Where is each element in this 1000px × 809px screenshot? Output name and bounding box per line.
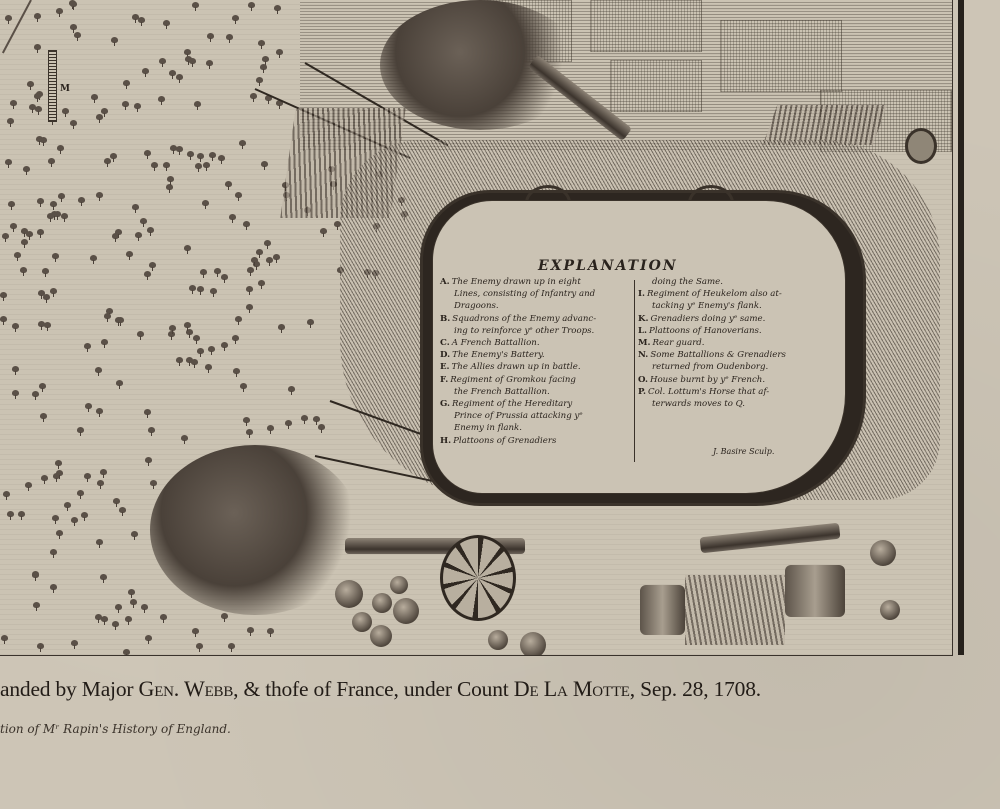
tree-symbol: [260, 64, 267, 73]
tree-symbol: [235, 316, 242, 325]
tree-symbol: [85, 403, 92, 412]
legend-text: Plattoons of Grenadiers: [453, 436, 556, 446]
legend-left-column: A.The Enemy drawn up in eightLines, cons…: [440, 276, 632, 447]
tree-symbol: [81, 512, 88, 521]
legend-text: Regiment of Gromkou facing: [450, 375, 576, 385]
legend-key: E.: [440, 362, 450, 372]
tree-symbol: [134, 103, 141, 112]
legend-text: The Allies drawn up in battle.: [452, 362, 581, 372]
tree-symbol: [169, 325, 176, 334]
legend-key: D.: [440, 350, 450, 360]
cannon-wheel: [440, 535, 516, 621]
tree-symbol: [96, 539, 103, 548]
tree-symbol: [145, 635, 152, 644]
tree-symbol: [5, 15, 12, 24]
tree-symbol: [176, 357, 183, 366]
tree-symbol: [0, 292, 7, 301]
tree-symbol: [35, 106, 42, 115]
legend-text-continued: ing to reinforce yᵉ other Troops.: [440, 325, 632, 337]
captured-flag: [763, 105, 888, 145]
tree-symbol: [100, 469, 107, 478]
legend-text-continued: Lines, consisting of Infantry and: [440, 288, 632, 300]
tree-symbol: [214, 268, 221, 277]
tree-symbol: [202, 200, 209, 209]
tree-symbol: [181, 435, 188, 444]
tree-symbol: [91, 94, 98, 103]
tree-symbol: [104, 313, 111, 322]
tree-symbol: [267, 425, 274, 434]
legend-key: A.: [440, 277, 450, 287]
cannon-smoke-bottom: [150, 445, 360, 615]
legend-key: C.: [440, 338, 450, 348]
legend-key: B.: [440, 314, 450, 324]
tree-symbol: [115, 229, 122, 238]
tree-symbol: [23, 166, 30, 175]
cannonball: [335, 580, 363, 608]
tree-symbol: [207, 33, 214, 42]
tree-symbol: [200, 269, 207, 278]
tree-symbol: [192, 628, 199, 637]
tree-symbol: [131, 531, 138, 540]
tree-symbol: [48, 158, 55, 167]
legend-entry: I.Regiment of Heukelom also at-: [638, 288, 828, 300]
legend-entry: F.Regiment of Gromkou facing: [440, 374, 632, 386]
scale-bar: [48, 50, 57, 122]
legend-right-column: doing the Same.I.Regiment of Heukelom al…: [638, 276, 828, 410]
tree-symbol: [195, 163, 202, 172]
tree-symbol: [50, 549, 57, 558]
caption-text: , & thofe of France, under Count: [233, 677, 514, 701]
engraved-map-plate: M EXPLANATION A.The Enemy drawn up in ei…: [0, 0, 953, 656]
tree-symbol: [169, 70, 176, 79]
tree-symbol: [203, 162, 210, 171]
legend-text: Plattoons of Hanoverians.: [649, 326, 762, 336]
legend-key: H.: [440, 436, 451, 446]
tree-symbol: [123, 649, 130, 656]
legend-text-continued: terwards moves to Q.: [638, 398, 828, 410]
tree-symbol: [21, 228, 28, 237]
tree-symbol: [163, 162, 170, 171]
legend-entry: A.The Enemy drawn up in eight: [440, 276, 632, 288]
legend-text: Grenadiers doing yᵉ same.: [650, 314, 765, 324]
tree-symbol: [40, 413, 47, 422]
tree-symbol: [246, 286, 253, 295]
tree-symbol: [52, 515, 59, 524]
legend-text: doing the Same.: [652, 277, 723, 287]
tree-symbol: [218, 155, 225, 164]
tree-symbol: [261, 161, 268, 170]
tree-symbol: [278, 324, 285, 333]
tree-symbol: [112, 621, 119, 630]
tree-symbol: [101, 616, 108, 625]
tree-symbol: [313, 416, 320, 425]
tree-symbol: [27, 81, 34, 90]
legend-entry: P.Col. Lottum's Horse that af-: [638, 386, 828, 398]
explanation-title: EXPLANATION: [538, 258, 678, 274]
legend-entry: N.Some Battallions & Grenadiers: [638, 349, 828, 361]
legend-text-continued: Enemy in flank.: [440, 422, 632, 434]
tree-symbol: [221, 613, 228, 622]
tree-symbol: [187, 151, 194, 160]
tree-symbol: [307, 319, 314, 328]
tree-symbol: [251, 257, 258, 266]
legend-entry: doing the Same.: [638, 276, 828, 288]
tree-symbol: [1, 635, 8, 644]
tree-symbol: [130, 599, 137, 608]
tree-symbol: [14, 252, 21, 261]
tree-symbol: [70, 1, 77, 10]
tree-symbol: [264, 240, 271, 249]
tree-symbol: [248, 2, 255, 11]
tree-symbol: [141, 604, 148, 613]
tree-symbol: [34, 44, 41, 53]
tree-symbol: [96, 192, 103, 201]
tree-symbol: [186, 357, 193, 366]
tree-symbol: [3, 491, 10, 500]
tree-symbol: [12, 390, 19, 399]
tree-symbol: [37, 229, 44, 238]
legend-text: Some Battallions & Grenadiers: [650, 350, 786, 360]
tree-symbol: [235, 192, 242, 201]
tree-symbol: [56, 470, 63, 479]
tree-symbol: [77, 427, 84, 436]
tree-symbol: [56, 530, 63, 539]
tree-symbol: [176, 146, 183, 155]
column-divider: [634, 280, 635, 462]
tree-symbol: [7, 118, 14, 127]
legend-entry: K.Grenadiers doing yᵉ same.: [638, 313, 828, 325]
cannonball: [390, 576, 408, 594]
tree-symbol: [167, 176, 174, 185]
tree-symbol: [233, 368, 240, 377]
tree-symbol: [111, 37, 118, 46]
tree-symbol: [18, 511, 25, 520]
legend-entry: B.Squadrons of the Enemy advanc-: [440, 313, 632, 325]
legend-text: Squadrons of the Enemy advanc-: [452, 314, 596, 324]
tree-symbol: [185, 56, 192, 65]
tree-symbol: [38, 321, 45, 330]
tree-symbol: [246, 429, 253, 438]
tree-symbol: [5, 159, 12, 168]
tree-symbol: [132, 204, 139, 213]
tree-symbol: [197, 286, 204, 295]
tree-symbol: [240, 383, 247, 392]
tree-symbol: [101, 108, 108, 117]
tree-symbol: [84, 473, 91, 482]
tree-symbol: [115, 317, 122, 326]
legend-text: House burnt by yᵉ French.: [650, 375, 765, 385]
tree-symbol: [151, 162, 158, 171]
tree-symbol: [206, 60, 213, 69]
legend-text-continued: returned from Oudenborg.: [638, 361, 828, 373]
map-title-caption: anded by Major Gen. Webb, & thofe of Fra…: [0, 676, 990, 702]
tree-symbol: [232, 15, 239, 24]
tree-symbol: [210, 288, 217, 297]
tree-symbol: [95, 614, 102, 623]
legend-entry: M.Rear guard.: [638, 337, 828, 349]
tree-symbol: [52, 253, 59, 262]
tree-symbol: [192, 2, 199, 11]
caption-date: , Sep. 28, 1708.: [630, 677, 761, 701]
tree-symbol: [320, 228, 327, 237]
tree-symbol: [243, 221, 250, 230]
tree-symbol: [58, 193, 65, 202]
legend-entry: O.House burnt by yᵉ French.: [638, 374, 828, 386]
tree-symbol: [225, 181, 232, 190]
tree-symbol: [184, 322, 191, 331]
plate-border-line: [958, 0, 964, 655]
tree-symbol: [12, 323, 19, 332]
exploding-grenade: [880, 600, 900, 620]
tree-symbol: [221, 342, 228, 351]
tree-symbol: [256, 249, 263, 258]
tree-symbol: [229, 214, 236, 223]
tree-symbol: [208, 346, 215, 355]
tree-symbol: [243, 417, 250, 426]
tree-symbol: [274, 5, 281, 14]
legend-text-continued: Prince of Prussia attacking yᵉ: [440, 410, 632, 422]
legend-key: L.: [638, 326, 647, 336]
caption-text: anded by Major: [0, 677, 139, 701]
tree-symbol: [228, 643, 235, 652]
tree-symbol: [166, 184, 173, 193]
tree-symbol: [256, 77, 263, 86]
cannonball: [370, 625, 392, 647]
tree-symbol: [140, 218, 147, 227]
tree-symbol: [50, 584, 57, 593]
tree-symbol: [149, 262, 156, 271]
legend-key: F.: [440, 375, 448, 385]
tree-symbol: [56, 8, 63, 17]
tree-symbol: [301, 415, 308, 424]
tree-symbol: [266, 257, 273, 266]
tree-symbol: [20, 267, 27, 276]
tree-symbol: [32, 572, 39, 581]
tree-symbol: [95, 367, 102, 376]
tree-symbol: [137, 331, 144, 340]
cannonball: [352, 612, 372, 632]
tree-symbol: [158, 96, 165, 105]
tree-symbol: [226, 34, 233, 43]
tree-symbol: [247, 627, 254, 636]
tree-symbol: [74, 32, 81, 41]
tree-symbol: [25, 482, 32, 491]
tree-symbol: [267, 628, 274, 637]
tree-symbol: [144, 150, 151, 159]
legend-entry: L.Plattoons of Hanoverians.: [638, 325, 828, 337]
tree-symbol: [194, 101, 201, 110]
tree-symbol: [2, 233, 9, 242]
tree-symbol: [101, 339, 108, 348]
tree-symbol: [33, 602, 40, 611]
drum: [785, 565, 845, 617]
tree-symbol: [128, 589, 135, 598]
legend-text: The Enemy's Battery.: [452, 350, 544, 360]
tree-symbol: [34, 93, 41, 102]
cannonball: [393, 598, 419, 624]
legend-key: M.: [638, 338, 651, 348]
tree-symbol: [7, 511, 14, 520]
tree-symbol: [41, 475, 48, 484]
caption-commander-allied: Gen. Webb: [139, 676, 234, 701]
legend-text: A French Battallion.: [452, 338, 540, 348]
cannonball: [372, 593, 392, 613]
tree-symbol: [37, 198, 44, 207]
legend-key: K.: [638, 314, 648, 324]
tree-symbol: [250, 93, 257, 102]
tree-symbol: [318, 424, 325, 433]
tree-symbol: [119, 507, 126, 516]
legend-text: Rear guard.: [653, 338, 705, 348]
tree-symbol: [138, 17, 145, 26]
map-subcaption: tion of Mʳ Rapin's History of England.: [0, 722, 231, 736]
tree-symbol: [96, 408, 103, 417]
tree-symbol: [285, 420, 292, 429]
tree-symbol: [209, 152, 216, 161]
tree-symbol: [276, 49, 283, 58]
tree-symbol: [50, 288, 57, 297]
tree-symbol: [44, 322, 51, 331]
exploding-grenade: [870, 540, 896, 566]
legend-text: Regiment of Heukelom also at-: [647, 289, 782, 299]
tree-symbol: [258, 280, 265, 289]
tree-symbol: [189, 285, 196, 294]
caption-commander-french: De La Motte: [514, 676, 630, 701]
tree-symbol: [258, 40, 265, 49]
tree-symbol: [163, 20, 170, 29]
tree-symbol: [144, 409, 151, 418]
tree-symbol: [150, 480, 157, 489]
cannonball: [488, 630, 508, 650]
tree-symbol: [40, 137, 47, 146]
legend-key: P.: [638, 387, 646, 397]
legend-text: The Enemy drawn up in eight: [452, 277, 581, 287]
tree-symbol: [193, 335, 200, 344]
tree-symbol: [142, 68, 149, 77]
tree-symbol: [64, 502, 71, 511]
tree-symbol: [97, 480, 104, 489]
tree-symbol: [71, 517, 78, 526]
tree-symbol: [110, 153, 117, 162]
legend-entry: G.Regiment of the Hereditary: [440, 398, 632, 410]
tree-symbol: [70, 120, 77, 129]
tree-symbol: [32, 391, 39, 400]
tree-symbol: [90, 255, 97, 264]
tree-symbol: [148, 427, 155, 436]
legend-key: O.: [638, 375, 648, 385]
cannon-barrel: [700, 523, 841, 554]
legend-text: Regiment of the Hereditary: [452, 399, 572, 409]
tree-symbol: [84, 343, 91, 352]
tree-symbol: [12, 366, 19, 375]
tree-symbol: [197, 348, 204, 357]
tree-symbol: [47, 213, 54, 222]
cannonball: [520, 632, 546, 656]
tree-symbol: [62, 108, 69, 117]
tree-symbol: [0, 316, 7, 325]
tree-symbol: [115, 604, 122, 613]
tree-symbol: [239, 140, 246, 149]
tree-symbol: [37, 643, 44, 652]
tree-symbol: [39, 383, 46, 392]
tree-symbol: [144, 271, 151, 280]
legend-key: N.: [638, 350, 648, 360]
tree-symbol: [104, 158, 111, 167]
tree-symbol: [78, 197, 85, 206]
tree-symbol: [34, 13, 41, 22]
tree-symbol: [50, 201, 57, 210]
tree-symbol: [147, 227, 154, 236]
tree-symbol: [288, 386, 295, 395]
engraver-signature: J. Basire Sculp.: [713, 447, 774, 456]
tree-symbol: [125, 616, 132, 625]
tree-symbol: [57, 145, 64, 154]
drum: [640, 585, 685, 635]
legend-text-continued: tacking yᵉ Enemy's flank.: [638, 300, 828, 312]
legend-entry: D.The Enemy's Battery.: [440, 349, 632, 361]
tree-symbol: [21, 239, 28, 248]
tree-symbol: [77, 490, 84, 499]
tree-symbol: [71, 640, 78, 649]
tree-symbol: [273, 254, 280, 263]
tree-symbol: [246, 304, 253, 313]
tree-symbol: [10, 223, 17, 232]
tree-symbol: [145, 457, 152, 466]
tree-symbol: [10, 100, 17, 109]
legend-text-continued: Dragoons.: [440, 300, 632, 312]
tree-symbol: [100, 574, 107, 583]
tree-symbol: [29, 104, 36, 113]
legend-text-continued: the French Battallion.: [440, 386, 632, 398]
tree-symbol: [38, 290, 45, 299]
tree-symbol: [123, 80, 130, 89]
tree-symbol: [8, 201, 15, 210]
tree-symbol: [159, 58, 166, 67]
tree-symbol: [54, 211, 61, 220]
tree-symbol: [55, 460, 62, 469]
tree-symbol: [184, 245, 191, 254]
tree-symbol: [196, 643, 203, 652]
tree-symbol: [70, 24, 77, 33]
tree-symbol: [160, 614, 167, 623]
field-marker-label: M: [60, 84, 70, 94]
legend-entry: C.A French Battallion.: [440, 337, 632, 349]
tree-symbol: [42, 268, 49, 277]
tree-symbol: [232, 335, 239, 344]
tree-symbol: [113, 498, 120, 507]
trumpet-icon: [905, 128, 937, 164]
tree-symbol: [116, 380, 123, 389]
tree-symbol: [205, 364, 212, 373]
tree-symbol: [176, 74, 183, 83]
tree-symbol: [135, 232, 142, 241]
legend-entry: E.The Allies drawn up in battle.: [440, 361, 632, 373]
tree-symbol: [122, 101, 129, 110]
tree-symbol: [197, 153, 204, 162]
drapery-cloth: [685, 575, 785, 645]
legend-text: Col. Lottum's Horse that af-: [648, 387, 769, 397]
tree-symbol: [61, 213, 68, 222]
tree-symbol: [126, 251, 133, 260]
tree-symbol: [221, 274, 228, 283]
legend-key: I.: [638, 289, 645, 299]
legend-entry: H.Plattoons of Grenadiers: [440, 435, 632, 447]
legend-key: G.: [440, 399, 450, 409]
